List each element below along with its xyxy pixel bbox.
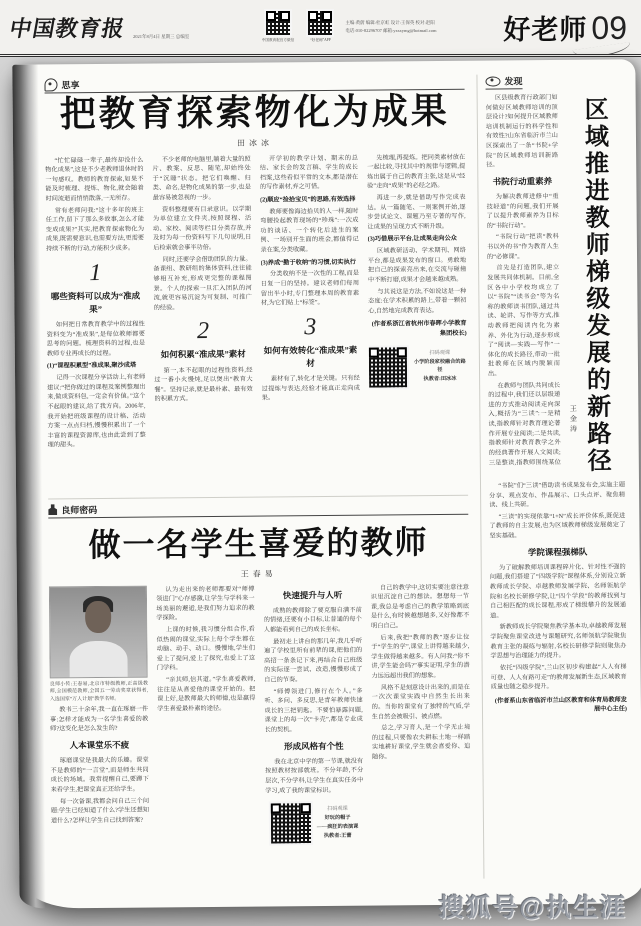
masthead-rule <box>0 54 641 57</box>
paragraph: 新教师成长学院聚焦教学基本功,卓越教师发展学院聚焦课堂改进与课题研究,名师领航学… <box>490 622 626 662</box>
paragraph: (1)“课程积累型”准成果,聚沙成塔 <box>47 361 145 371</box>
paragraph: “三读”的实现依靠“1+N”成长评价体系,既促进了教师的自主发展,也为区域教师梯… <box>489 511 625 541</box>
article-main-title: 把教育探索物化为成果 <box>45 92 465 135</box>
paragraph: 每一次备课,我都会问自己三个问题:学生已经知道了什么?学生还想知道什么?怎样让学… <box>51 796 149 826</box>
article-teacher-column-4: 自己的教学中,这切实要注意往意识里沉淀自己的想法。想想每一节课,我总是考虑自己的… <box>371 582 472 875</box>
paragraph: 教师要像海边拾贝的人一样,随时弯腰捡起教育现场的“珍珠”:一次成功的谈话、一个转… <box>260 206 359 255</box>
kicker-liangshimima: 良师密码 <box>48 499 468 518</box>
paragraph: 良师小传:王春易,北京市特级教师,正高级教师,全国模范教师,全国五一劳动奖章获得… <box>50 680 148 703</box>
sub-heading: 哪些资料可以成为“准成果” <box>46 289 144 316</box>
sub-heading: 如何积累“准成果”素材 <box>154 348 252 362</box>
paragraph: 素材有了,转化才是关键。只有经过提炼与表达,经验才能真正走向成果。 <box>262 374 360 404</box>
page-header: 好老师 09 <box>503 8 631 47</box>
paragraph: 琢磨课堂是我最大的乐趣。课堂不是教师的“一言堂”,而是师生共同成长的场域。我常提… <box>50 756 149 795</box>
staff-box: 主编:黄蔚 编辑:杜京虹 设计:王保英 校对:赵阳 电话:010-8229670… <box>345 19 495 34</box>
staff-line: 主编:黄蔚 编辑:杜京虹 设计:王保英 校对:赵阳 <box>345 19 495 27</box>
article-teacher-byline: 王春易 <box>49 566 469 581</box>
section-number: 1 <box>46 260 144 285</box>
article-main-column-1: “忙忙碌碌一辈子,最终却没什么物化成果”,这是不少老教师退休时的一句感叹。教师的… <box>45 155 146 488</box>
article-region-bottom: “书院”们“三读”借助读书成果发布会,实施主题分享、观点发布、作品展示、口头点评… <box>489 480 628 878</box>
article-region-byline: 王金涛 <box>568 405 578 435</box>
article-main-qr-block: 扫码观课小学阶段家校融合的路径执教者:田冰冰 <box>369 346 468 387</box>
eye-icon <box>485 76 500 86</box>
paragraph: 与其说这是方法,不如说这是一种态度:在学术积累的路上,带着一颗初心,自然地完成教… <box>368 286 466 316</box>
paragraph: 区域教研活动、学术期刊、网络平台,都是成果发布的窗口。勇敢地把自己的探索亮出来,… <box>368 246 467 285</box>
masthead-qr2: “好老师”APP <box>303 11 337 43</box>
kicker-label: 发现 <box>504 74 522 87</box>
page-curl-shadow <box>12 65 45 909</box>
paragraph: 依托“四级学院”,兰山区初步构建起“人人有梯可登、人人有路可走”的教师发展新生态… <box>491 662 627 692</box>
photo-caption: 良师小传:王春易,北京市特级教师,正高级教师,全国模范教师,全国五一劳动奖章获得… <box>50 680 148 703</box>
qr-caption: 扫码观课小学阶段家校融合的路径执教者:田冰冰 <box>413 349 468 385</box>
kicker-faxian: 发现 <box>485 74 522 89</box>
paragraph: 同时,还要学会借助团队的力量。备课组、教研组的集体资料,往往能够相互补充,形成更… <box>153 254 252 313</box>
paragraph: 资料整理要有目录意识。以学期为单位建立文件夹,按照课程、活动、家校、阅读等栏目分… <box>153 204 252 253</box>
article-main-byline: 田冰冰 <box>45 135 465 150</box>
article-teacher: 良师密码 做一名学生喜爱的教师 王春易 良师小传 <box>48 494 471 878</box>
author-credit: (作者系浙江省杭州市春晖小学教育集团校长) <box>368 319 466 339</box>
article-region: 发现 区县级教育行政部门如何做好区域教师培训的顶层设计?如何提升区域教师培训机制… <box>476 73 628 878</box>
paragraph: 如何把日常教育教学中的过程性资料变为“准成果”,是每位教师都要思考的问题。梳理资… <box>47 320 146 359</box>
paragraph: 成熟的教师除了要克服自满不前的情绪,还要有小目标,让普通的每个人都能看到自己的成… <box>264 605 362 635</box>
paragraph: 再进一步,就是借助写作完成表达。从一篇随笔、一则案例开始,逐步尝试论文、课题乃至… <box>367 193 466 232</box>
paragraph: 为解决教师进修中“重技轻道”的问题,我们开展了以提升教师素养为目标的“书院行动”… <box>486 192 558 231</box>
paragraph: “亲其师,信其道。”学生喜爱教师,往往是从喜爱他的课堂开始的。把课上好,是教师最… <box>157 675 256 714</box>
article-teacher-column-2: 认为走出来的老师都要对“师傅领进门”心存感激,让学生与学科来一场美丽的邂逅,是我… <box>156 584 257 877</box>
paragraph: (2)顺应“捡拾宝贝”的思路,有效选择 <box>260 195 358 205</box>
paragraph: 自己的教学中,这切实要注意往意识里沉淀自己的想法。想想每一节课,我总是考虑自己的… <box>371 582 470 631</box>
paragraph: (3)养成“勤于收纳”的习惯,切实执行 <box>261 257 359 267</box>
article-teacher-column-3: 快速提升与人听成熟的教师除了要克服自满不前的情绪,还要有小目标,让普通的每个人都… <box>263 583 364 876</box>
paragraph: 风格不是刻意设计出来的,而是在一次次课堂实践中自然生长出来的。当你的课堂有了独特… <box>371 682 470 721</box>
article-teacher-column-1: 良师小传:王春易,北京市特级教师,正高级教师,全国模范教师,全国五一劳动奖章获得… <box>49 585 150 878</box>
sub-heading: 人本课堂乐不疲 <box>50 738 148 752</box>
article-main: 思享 把教育探索物化为成果 田冰冰 “忙忙碌碌一辈子,最终却没什么物化成果”,这… <box>44 75 468 488</box>
paragraph: 先梳理,再提炼。把同类素材放在一起比较,寻找其中的规律与逻辑,提炼出属于自己的教… <box>367 152 466 191</box>
person-icon <box>48 504 57 515</box>
kicker-label: 思享 <box>61 78 79 91</box>
paragraph: 扫码观课 <box>317 805 359 813</box>
paragraph: 为了破解教师培训课程碎片化、针对性不强的问题,我们搭建了“四级学院”课程体系,分… <box>490 562 626 621</box>
newspaper-photo: 中国教育报 2021年8月4日 星期三 总编室 中国教育报官方微信 “好老师”A… <box>0 0 641 926</box>
article-main-column-3: 开学初的教学计划、期末的总结、家长会的发言稿、学生的成长档案,这些看似平常的文本… <box>260 153 361 486</box>
paragraph: 不少老师的电脑里,躺着大量的照片、教案、反思、随笔,却始终处于“沉睡”状态。把它… <box>152 154 251 203</box>
paragraph: 第一,本不起眼的过程性资料,经过一番小火慢炖,足以煲出“教育大餐”。坚持记录,就… <box>154 365 253 404</box>
sohu-watermark: 搜狐号@执生涯 <box>439 888 627 924</box>
paragraph: 小学阶段家校融合的路径 <box>413 358 467 375</box>
article-region-column: 区县级教育行政部门如何做好区域教师培训的顶层设计?如何提升区域教师培训机制运行的… <box>486 93 561 466</box>
paragraph: (3)巧借展示平台,让成果走向公众 <box>368 234 466 244</box>
paragraph: 总之,学习育人,是一个学无止境的过程,只要像农夫耕耘土地一样踏实地耕好课堂,学生… <box>372 723 471 762</box>
masthead: 中国教育报 2021年8月4日 星期三 总编室 中国教育报官方微信 “好老师”A… <box>0 0 641 54</box>
paragraph: 我在北京中学的第一节课,就没有按照教材按部就班。不分年龄,不分层次,不分学科,让… <box>265 757 364 796</box>
thought-icon <box>44 78 57 91</box>
paragraph: 记得一次课程分享活动上,有老师建议:“把你做过的课程及案例整理出来,做成资料包,… <box>47 373 146 451</box>
sub-heading: 学院课程强梯队 <box>490 545 626 559</box>
paragraph: 上课的时候,我习惯分组合作,看似热闹的课堂,实际上每个学生都在动脑、动手、动口。… <box>156 625 255 674</box>
paragraph: 首先是打造团队,建立发展共同体机制。目前,全区各中小学校均成立了以“书院”“读书… <box>487 263 560 379</box>
qr-caption: 扫码观课好玩的帽子——疯狂的表演课执教者:王蕾 <box>317 805 359 842</box>
paragraph: 教书三十余年,我一直在琢磨一件事:怎样才能成为一名学生喜爱的教师?这变化是怎么发… <box>50 705 148 735</box>
qr2-caption: “好老师”APP <box>310 37 331 42</box>
paragraph: 在教师与团队共同成长的过程中,我们还以层级递进的方式推动阅读走向深入,概括为“三… <box>488 381 561 466</box>
qr1-caption: 中国教育报官方微信 <box>262 37 294 42</box>
article-teacher-qr-block: 扫码观课好玩的帽子——疯狂的表演课执教者:王蕾 <box>265 803 364 844</box>
paragraph: “书院”们“三读”借助读书成果发布会,实施主题分享、观点发布、作品展示、口头点评… <box>489 480 625 510</box>
newspaper-page: 思享 把教育探索物化为成果 田冰冰 “忙忙碌碌一辈子,最终却没什么物化成果”,这… <box>12 59 641 908</box>
date-line: 2021年8月4日 星期三 总编室 <box>133 34 189 40</box>
paragraph: 执教者:王蕾 <box>317 832 359 840</box>
article-region-title: 区域推进教师梯级发展的新路径 <box>578 97 610 475</box>
paragraph: 扫码观课 <box>413 349 467 358</box>
article-main-column-4: 先梳理,再提炼。把同类素材放在一起比较,寻找其中的规律与逻辑,提炼出属于自己的教… <box>367 152 468 485</box>
paragraph: 执教者:田冰冰 <box>413 375 467 384</box>
masthead-qr1: 中国教育报官方微信 <box>261 11 295 43</box>
section-number: 3 <box>261 314 359 339</box>
paragraph: “师傅领进门,修行在个人。”多听、多问、多反思,是青年教师快速成长的三把钥匙。不… <box>264 686 363 735</box>
section-name: 好老师 <box>503 8 587 47</box>
page-number: 09 <box>591 10 627 47</box>
portrait-face <box>85 600 111 632</box>
paragraph: ——疯狂的表演课 <box>317 823 359 831</box>
contact-line: 电话:010-82296707 邮箱:yxsxymg@hotmail.com <box>345 27 495 35</box>
kicker-label: 良师密码 <box>61 503 97 516</box>
sub-heading: 如何有效转化“准成果”素材 <box>261 343 359 370</box>
teacher-portrait-photo <box>49 585 148 678</box>
qr-code-icon <box>271 803 311 843</box>
section-number: 2 <box>154 319 252 344</box>
portrait-shirt <box>69 640 127 678</box>
article-teacher-title: 做一名学生喜爱的教师 <box>48 516 468 566</box>
paragraph: 常有老师问我:“这十多年的班主任工作,留下了那么多故事,怎么才能变成成果?”其实… <box>46 205 145 254</box>
sub-heading: 快速提升与人听 <box>263 588 361 602</box>
paragraph: 开学初的教学计划、期末的总结、家长会的发言稿、学生的成长档案,这些看似平常的文本… <box>260 153 359 192</box>
qr-code-icon <box>308 11 332 35</box>
paragraph: 好玩的帽子 <box>317 814 359 822</box>
paragraph: 分类收纳不是一次性的工程,而是日复一日的坚持。建议老师们每周留出半小时,专门整理… <box>261 269 360 308</box>
paragraph: “忙忙碌碌一辈子,最终却没什么物化成果”,这是不少老教师退休时的一句感叹。教师的… <box>45 155 144 204</box>
newspaper-logo: 中国教育报 <box>7 12 127 43</box>
paragraph: 认为走出来的老师都要对“师傅领进门”心存感激,让学生与学科来一场美丽的邂逅,是我… <box>156 584 255 623</box>
sub-heading: 形成风格有个性 <box>265 739 363 753</box>
qr-code-icon <box>369 347 407 387</box>
paragraph: 最初走上讲台的那几年,我几乎听遍了学校里所有前辈的课,把他们的高招一条条记下来,… <box>264 636 363 685</box>
paragraph: 后来,我把“教师的教”逐步让位于“学生的学”,课堂上讲得越来越少,学生做得越来越… <box>371 632 470 681</box>
paragraph: “书院行动”把读“教科书以外的书”作为教育人生的“必修课”。 <box>487 232 559 261</box>
article-main-column-2: 不少老师的电脑里,躺着大量的照片、教案、反思、随笔,却始终处于“沉睡”状态。把它… <box>152 154 253 487</box>
author-credit: (作者系山东省临沂市兰山区教育和体育局教师发展中心主任) <box>491 695 627 715</box>
qr-code-icon <box>266 11 290 35</box>
paragraph: 区县级教育行政部门如何做好区域教师培训的顶层设计?如何提升区域教师培训机制运行的… <box>486 93 559 171</box>
sub-heading: 书院行动重素养 <box>486 175 558 189</box>
